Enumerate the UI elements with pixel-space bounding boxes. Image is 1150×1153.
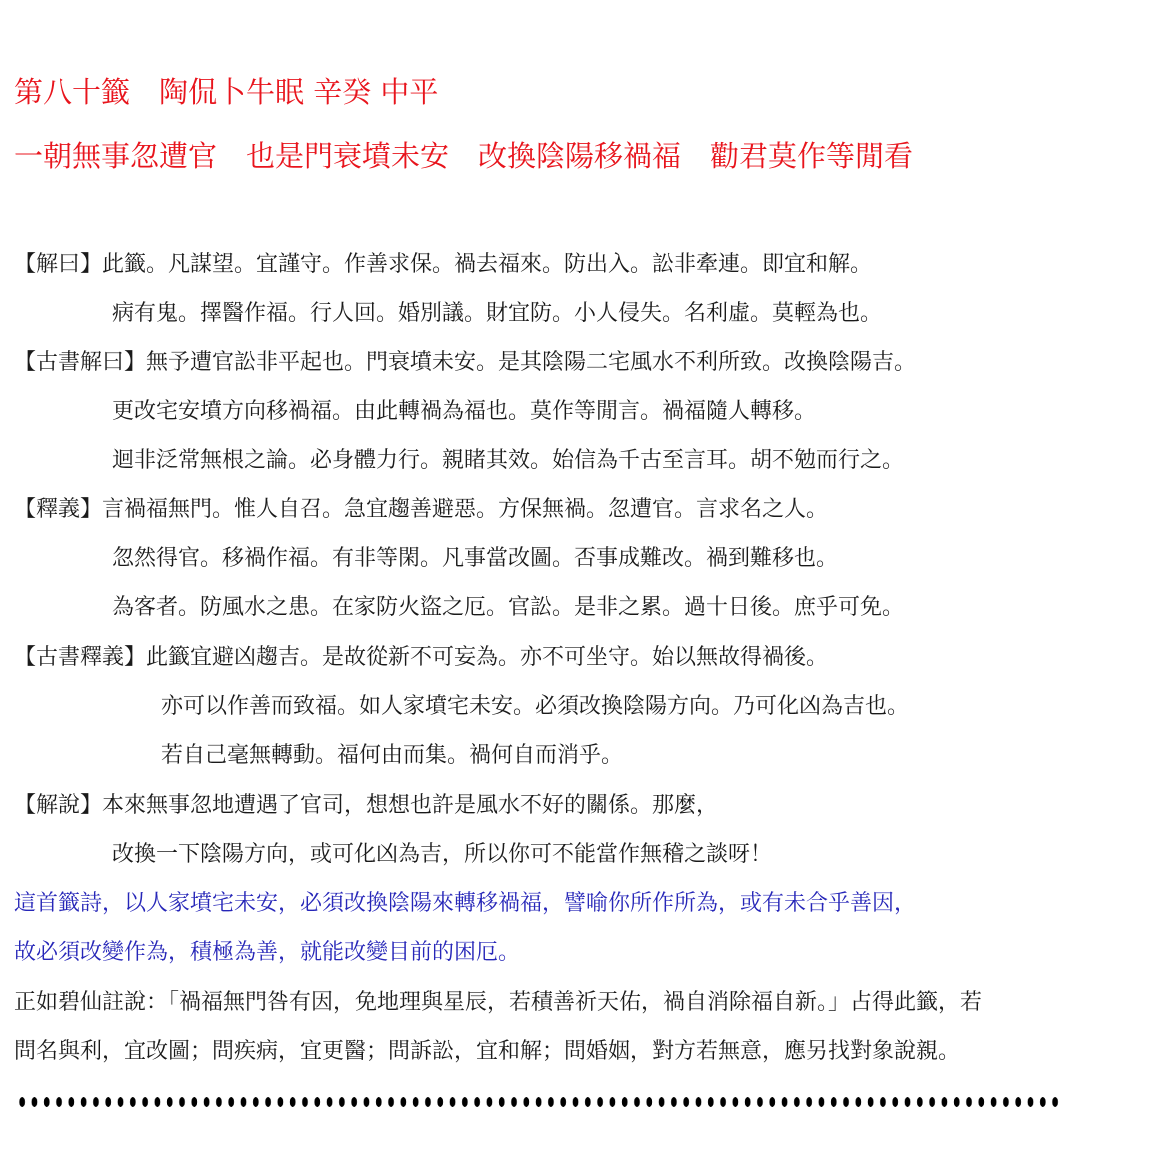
- section-label: 【釋義】: [14, 497, 102, 522]
- dotted-divider: [16, 1096, 1062, 1108]
- section-line: 無予遭官訟非平起也。門衰墳未安。是其陰陽二宅風水不利所致。改換陰陽吉。: [146, 350, 916, 375]
- section-label: 【古書解曰】: [14, 350, 146, 375]
- section-label: 【解曰】: [14, 252, 102, 277]
- commentary-blue-line: 這首籤詩，以人家墳宅未安，必須改換陰陽來轉移禍福，譬喻你所作所為，或有未合乎善因…: [14, 893, 916, 915]
- commentary-blue-line: 故必須改變作為，積極為善，就能改變目前的困厄。: [14, 942, 520, 964]
- section-label: 【古書釋義】: [14, 645, 146, 670]
- section-line: 更改宅安墳方向移禍福。由此轉禍為福也。莫作等閒言。禍福隨人轉移。: [112, 401, 816, 423]
- section-line: 此籤宜避凶趨吉。是故從新不可妄為。亦不可坐守。始以無故得禍後。: [146, 645, 828, 670]
- section-line: 本來無事忽地遭遇了官司，想想也許是風水不好的關係。那麼，: [102, 793, 718, 818]
- section-line: 此籤。凡謀望。宜謹守。作善求保。禍去福來。防出入。訟非牽連。即宜和解。: [102, 252, 872, 277]
- section-line: 為客者。防風水之患。在家防火盜之厄。官訟。是非之累。過十日後。庶乎可免。: [112, 597, 904, 619]
- section-line: 忽然得官。移禍作福。有非等閑。凡事當改圖。否事成難改。禍到難移也。: [112, 548, 838, 570]
- section-label: 【解說】: [14, 793, 102, 818]
- fortune-title: 第八十籤 陶侃卜牛眠 辛癸 中平: [14, 78, 438, 107]
- section-line: 迴非泛常無根之論。必身體力行。親睹其效。始信為千古至言耳。胡不勉而行之。: [112, 450, 904, 472]
- section-line: 病有鬼。擇醫作福。行人回。婚別議。財宜防。小人侵失。名利虛。莫輕為也。: [112, 303, 882, 325]
- commentary-line: 問名與利，宜改圖；問疾病，宜更醫；問訴訟，宜和解；問婚姻，對方若無意，應另找對象…: [14, 1041, 960, 1063]
- section-line: 言禍福無門。惟人自召。急宜趨善避惡。方保無禍。忽遭官。言求名之人。: [102, 497, 828, 522]
- section-line: 若自己毫無轉動。福何由而集。禍何自而消乎。: [161, 745, 623, 767]
- fortune-poem: 一朝無事忽遭官 也是門衰墳未安 改換陰陽移禍福 勸君莫作等閒看: [14, 142, 913, 171]
- section-line: 改換一下陰陽方向，或可化凶為吉，所以你可不能當作無稽之談呀！: [112, 844, 772, 866]
- commentary-line: 正如碧仙註說：「禍福無門咎有因，免地理與星辰，若積善祈天佑，禍自消除福自新。」占…: [14, 992, 982, 1014]
- section-line: 亦可以作善而致福。如人家墳宅未安。必須改換陰陽方向。乃可化凶為吉也。: [161, 696, 909, 718]
